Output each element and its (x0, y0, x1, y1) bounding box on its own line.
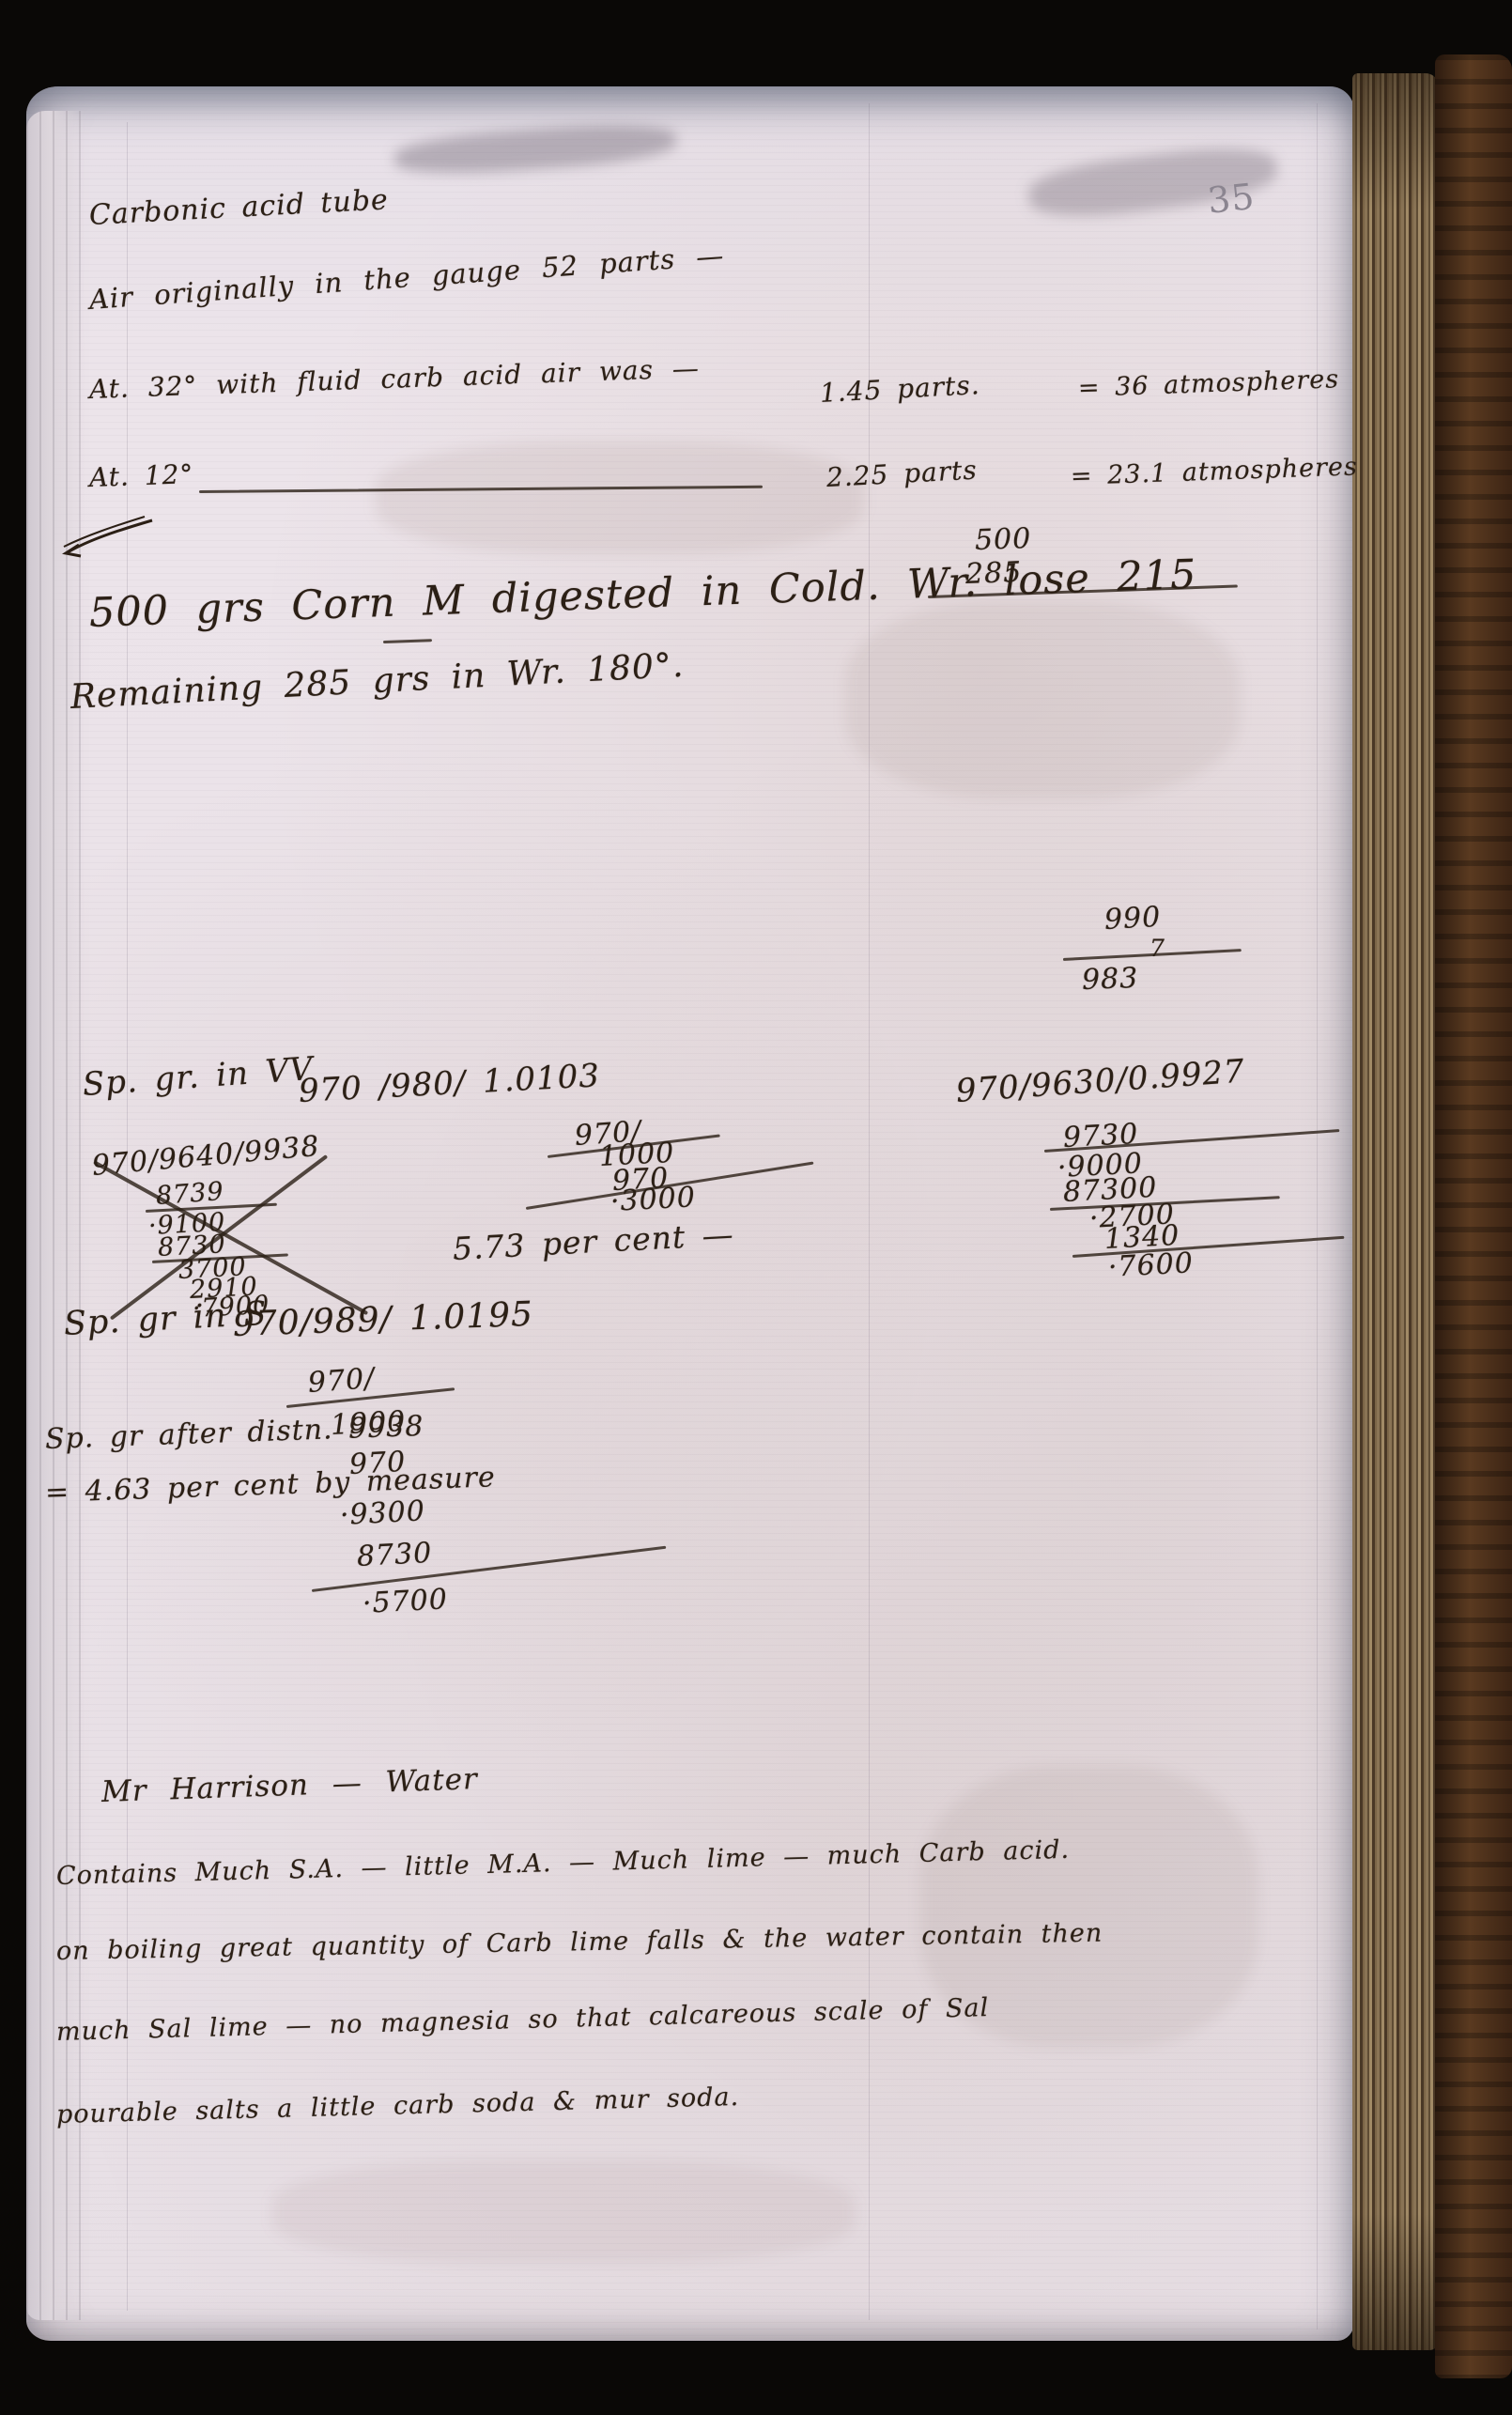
notebook-photograph: 35 Carbonic acid tube Air originally in … (0, 0, 1512, 2415)
spgr-spirit-work-5: ·5700 (362, 1583, 449, 1620)
show-through (272, 2160, 855, 2264)
spgr-spirit-work-4: 8730 (356, 1537, 433, 1573)
paper-fold-line (869, 103, 870, 2320)
spgr-spirit-work-3: ·9300 (339, 1494, 426, 1532)
obs12-label: At. 12° (88, 458, 194, 493)
spgr-spirit-work-0: 970/ (307, 1362, 377, 1400)
page-number: 35 (1206, 176, 1257, 222)
page-block-fore-edge (1352, 73, 1439, 2350)
facing-page-edge (26, 111, 85, 2320)
paper-fold-line (1317, 103, 1318, 2330)
subtraction-minuend: 500 (974, 522, 1031, 557)
small-sum-top: 990 (1103, 901, 1162, 937)
leather-cover (1435, 54, 1512, 2378)
show-through (376, 441, 864, 554)
small-sum-carry: 7 (1149, 935, 1165, 962)
paper-fold-line (127, 122, 128, 2311)
spgr-second-work-5: ·7600 (1107, 1246, 1195, 1284)
small-sum-result: 983 (1081, 962, 1138, 997)
show-through (845, 601, 1240, 798)
margin-flourish-mark (54, 515, 158, 569)
